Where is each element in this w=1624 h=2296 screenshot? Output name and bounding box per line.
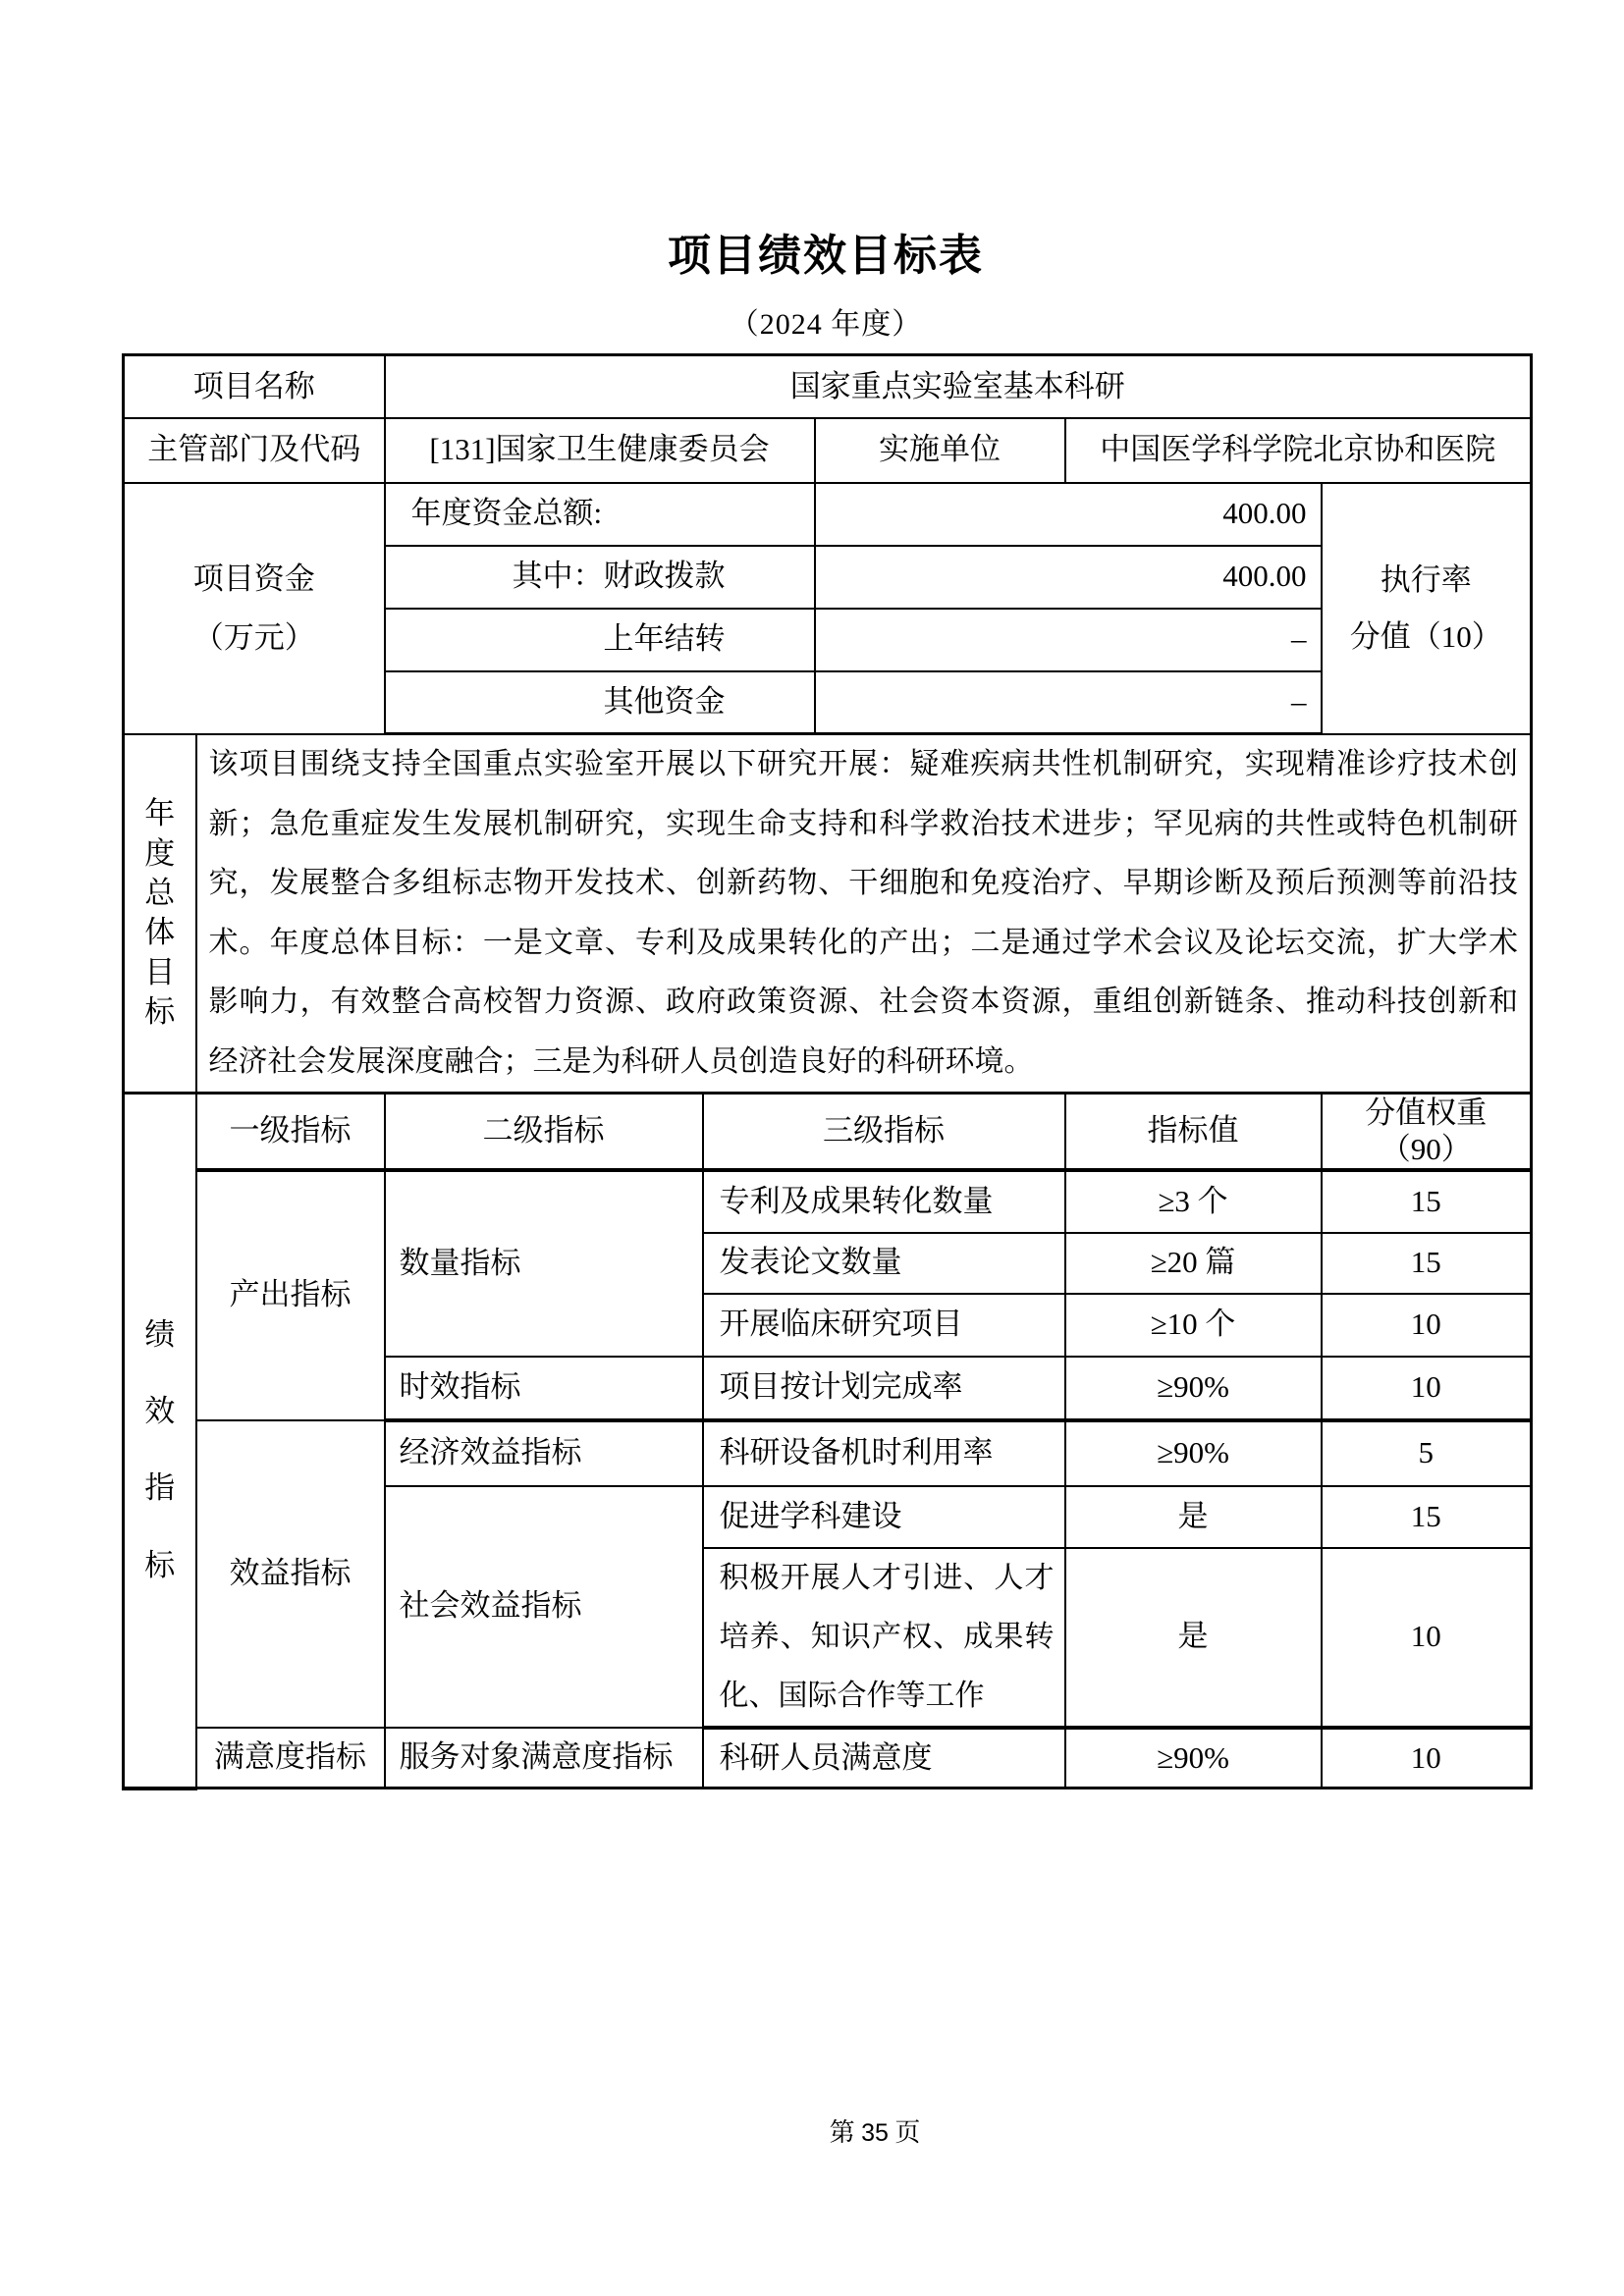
- project-name-label: 项目名称: [124, 355, 385, 418]
- indicators-label: 绩 效 指 标: [124, 1094, 196, 1789]
- indicator-name: 科研人员满意度: [703, 1728, 1065, 1789]
- footer-suffix: 页: [894, 2118, 920, 2147]
- indicator-name-line: 培养、知识产权、成果转: [720, 1608, 1055, 1667]
- goal-char: 体: [144, 913, 175, 952]
- funding-label: 项目资金 （万元）: [124, 483, 385, 734]
- group-output: 产出指标: [196, 1170, 385, 1420]
- page-subtitle: （2024 年度）: [122, 299, 1530, 343]
- execution-rate-line2: 分值（10）: [1323, 609, 1531, 666]
- page-title: 项目绩效目标表: [122, 220, 1530, 283]
- impl-unit-value: 中国医学科学院北京协和医院: [1065, 418, 1532, 483]
- goal-text-line: 究，发展整合多组标志物开发技术、创新药物、干细胞和免疫治疗、早期诊断及预后预测等…: [209, 854, 1519, 914]
- header-weight: 分值权重 （90）: [1322, 1094, 1532, 1170]
- indicator-name: 开展临床研究项目: [703, 1294, 1065, 1357]
- header-level2: 二级指标: [385, 1094, 703, 1170]
- indicator-weight: 15: [1322, 1486, 1532, 1548]
- funding-label-line2: （万元）: [125, 609, 384, 667]
- row-indicator-1: 产出指标 数量指标 专利及成果转化数量 ≥3 个 15: [124, 1170, 1532, 1233]
- header-value: 指标值: [1065, 1094, 1322, 1170]
- indicator-name: 科研设备机时利用率: [703, 1420, 1065, 1486]
- row-indicator-header: 绩 效 指 标 一级指标 二级指标 三级指标 指标值 分值权重 （90）: [124, 1094, 1532, 1170]
- funding-label-line1: 项目资金: [125, 550, 384, 609]
- funding-fiscal-label: 其中：财政拨款: [385, 546, 815, 609]
- indicator-name: 发表论文数量: [703, 1233, 1065, 1294]
- goal-text-line: 新；急危重症发生发展机制研究，实现生命支持和科学救治技术进步；罕见病的共性或特色…: [209, 795, 1519, 855]
- row-indicator-5: 效益指标 经济效益指标 科研设备机时利用率 ≥90% 5: [124, 1420, 1532, 1486]
- row-project-name: 项目名称 国家重点实验室基本科研: [124, 355, 1532, 418]
- funding-carryover-value: –: [815, 609, 1322, 671]
- document-page: 项目绩效目标表 （2024 年度） 项目名称 国家重点实验室基本科研 主管部门及…: [0, 0, 1624, 2296]
- dept-label: 主管部门及代码: [124, 418, 385, 483]
- indicator-name-line: 化、国际合作等工作: [720, 1667, 1055, 1726]
- goal-char: 年: [144, 794, 175, 833]
- footer-prefix: 第: [830, 2118, 855, 2147]
- annual-goal-text: 该项目围绕支持全国重点实验室开展以下研究开展：疑难疾病共性机制研究，实现精准诊疗…: [196, 734, 1532, 1094]
- indicator-value: 是: [1065, 1486, 1322, 1548]
- indicators-char: 指: [144, 1468, 175, 1508]
- indicator-value: ≥90%: [1065, 1420, 1322, 1486]
- funding-fiscal-value: 400.00: [815, 546, 1322, 609]
- header-level1: 一级指标: [196, 1094, 385, 1170]
- indicators-char: 绩: [144, 1315, 175, 1355]
- funding-total-value: 400.00: [815, 483, 1322, 546]
- group-timeliness: 时效指标: [385, 1357, 703, 1420]
- row-funding-total: 项目资金 （万元） 年度资金总额: 400.00 执行率 分值（10）: [124, 483, 1532, 546]
- row-annual-goal: 年 度 总 体 目 标 该项目围绕支持全国重点实验室开展以下研究开展：疑难疾病共…: [124, 734, 1532, 1094]
- funding-other-label: 其他资金: [385, 671, 815, 734]
- header-level3: 三级指标: [703, 1094, 1065, 1170]
- indicator-value: ≥90%: [1065, 1357, 1322, 1420]
- indicator-weight: 10: [1322, 1548, 1532, 1728]
- goal-text-line: 经济社会发展深度融合；三是为科研人员创造良好的科研环境。: [209, 1033, 1519, 1093]
- indicator-name: 项目按计划完成率: [703, 1357, 1065, 1420]
- impl-unit-label: 实施单位: [815, 418, 1065, 483]
- indicator-weight: 15: [1322, 1170, 1532, 1233]
- indicator-weight: 15: [1322, 1233, 1532, 1294]
- group-benefit: 效益指标: [196, 1420, 385, 1728]
- indicator-name: 专利及成果转化数量: [703, 1170, 1065, 1233]
- footer-page-number: 35: [861, 2119, 889, 2147]
- performance-target-table: 项目名称 国家重点实验室基本科研 主管部门及代码 [131]国家卫生健康委员会 …: [122, 353, 1533, 1790]
- indicators-char: 效: [144, 1392, 175, 1431]
- funding-other-value: –: [815, 671, 1322, 734]
- indicators-char: 标: [144, 1546, 175, 1585]
- indicator-value: ≥10 个: [1065, 1294, 1322, 1357]
- goal-text-line: 影响力，有效整合高校智力资源、政府政策资源、社会资本资源，重组创新链条、推动科技…: [209, 973, 1519, 1033]
- funding-total-label: 年度资金总额:: [385, 483, 815, 546]
- indicator-value: ≥90%: [1065, 1728, 1322, 1789]
- dept-value: [131]国家卫生健康委员会: [385, 418, 815, 483]
- indicator-value: ≥20 篇: [1065, 1233, 1322, 1294]
- header-weight-line1: 分值权重: [1323, 1095, 1531, 1131]
- group-satisfaction: 满意度指标: [196, 1728, 385, 1789]
- group-quantity: 数量指标: [385, 1170, 703, 1357]
- indicator-name-line: 积极开展人才引进、人才: [720, 1549, 1055, 1608]
- indicator-value: 是: [1065, 1548, 1322, 1728]
- header-weight-line2: （90）: [1323, 1131, 1531, 1167]
- funding-carryover-label: 上年结转: [385, 609, 815, 671]
- group-service: 服务对象满意度指标: [385, 1728, 703, 1789]
- goal-char: 度: [144, 834, 175, 874]
- goal-char: 总: [144, 874, 175, 913]
- annual-goal-label: 年 度 总 体 目 标: [124, 734, 196, 1094]
- execution-rate-line1: 执行率: [1323, 552, 1531, 609]
- execution-rate-cell: 执行率 分值（10）: [1322, 483, 1532, 734]
- goal-char: 目: [144, 953, 175, 992]
- group-social: 社会效益指标: [385, 1486, 703, 1728]
- indicator-name: 促进学科建设: [703, 1486, 1065, 1548]
- indicator-name-multiline: 积极开展人才引进、人才 培养、知识产权、成果转 化、国际合作等工作: [703, 1548, 1065, 1728]
- group-economic: 经济效益指标: [385, 1420, 703, 1486]
- indicator-value: ≥3 个: [1065, 1170, 1322, 1233]
- indicator-weight: 10: [1322, 1294, 1532, 1357]
- page-footer: 第 35 页: [122, 2112, 1530, 2149]
- project-name-value: 国家重点实验室基本科研: [385, 355, 1532, 418]
- row-indicator-8: 满意度指标 服务对象满意度指标 科研人员满意度 ≥90% 10: [124, 1728, 1532, 1789]
- indicator-weight: 5: [1322, 1420, 1532, 1486]
- indicator-weight: 10: [1322, 1728, 1532, 1789]
- goal-char: 标: [144, 992, 175, 1032]
- goal-text-line: 术。年度总体目标：一是文章、专利及成果转化的产出；二是通过学术会议及论坛交流，扩…: [209, 914, 1519, 974]
- indicator-weight: 10: [1322, 1357, 1532, 1420]
- goal-text-line: 该项目围绕支持全国重点实验室开展以下研究开展：疑难疾病共性机制研究，实现精准诊疗…: [209, 735, 1519, 795]
- row-department: 主管部门及代码 [131]国家卫生健康委员会 实施单位 中国医学科学院北京协和医…: [124, 418, 1532, 483]
